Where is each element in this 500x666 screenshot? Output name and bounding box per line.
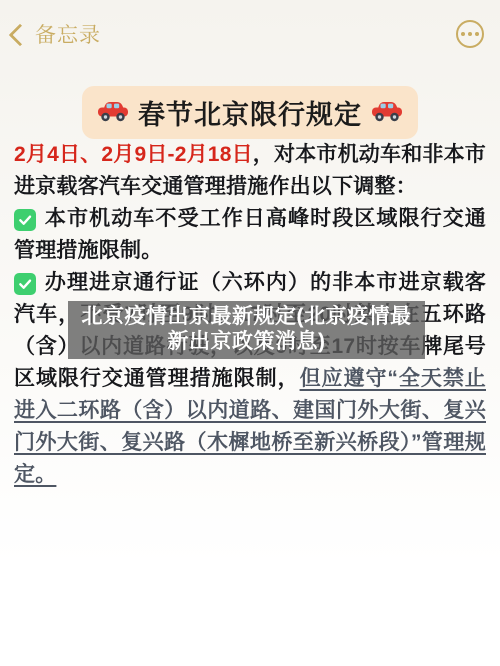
car-icon <box>97 99 129 127</box>
nav-bar: 备忘录 <box>0 0 500 52</box>
back-label: 备忘录 <box>35 19 101 49</box>
check-icon <box>14 209 36 231</box>
ellipsis-icon <box>461 32 465 36</box>
more-options-button[interactable] <box>456 20 484 48</box>
note-title: 春节北京限行规定 <box>138 93 362 132</box>
rule-text: 本市机动车不受工作日高峰时段区域限行交通管理措施限制。 <box>14 207 486 262</box>
back-button[interactable]: 备忘录 <box>12 19 101 49</box>
watermark-overlay: 北京疫情出京最新规定(北京疫情最新出京政策消息) <box>68 301 425 359</box>
memo-screen: 备忘录 春节 <box>0 0 500 666</box>
check-icon <box>14 273 36 295</box>
chevron-left-icon <box>9 23 32 46</box>
title-row: 春节北京限行规定 <box>14 86 486 139</box>
intro-paragraph: 2月4日、2月9日-2月18日，对本市机动车和非本市进京载客汽车交通管理措施作出… <box>14 139 486 203</box>
car-icon <box>371 99 403 127</box>
note-body[interactable]: 春节北京限行规定 2月4日、2月9日-2月18日，对本市机动车和非本市进京载客 <box>0 86 500 491</box>
rule-item-1: 本市机动车不受工作日高峰时段区域限行交通管理措施限制。 <box>14 203 486 267</box>
note-title-badge: 春节北京限行规定 <box>82 86 418 139</box>
date-highlight: 2月4日、2月9日-2月18日 <box>14 143 253 166</box>
